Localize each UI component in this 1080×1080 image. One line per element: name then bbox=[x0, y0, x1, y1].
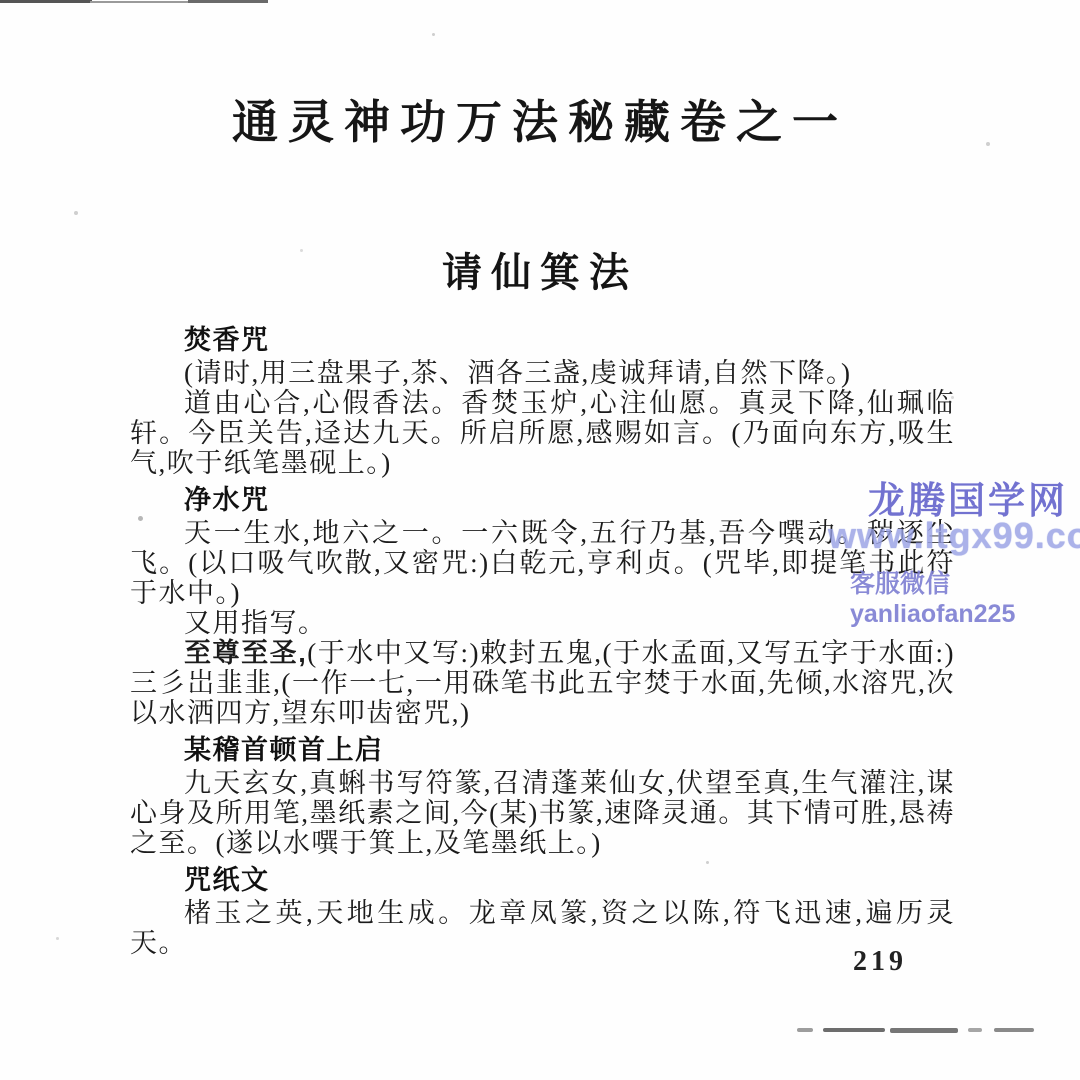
paragraph-bold-lead: 至尊至圣, bbox=[184, 638, 307, 668]
subheading-petition: 某稽首顿首上启 bbox=[130, 735, 955, 765]
section-title: 请仙箕法 bbox=[0, 252, 1080, 294]
scanned-book-page: 通灵神功万法秘藏卷之一 请仙箕法 焚香咒 (请时,用三盘果子,茶、酒各三盏,虔诚… bbox=[0, 0, 1080, 1080]
scan-speck bbox=[56, 937, 59, 940]
scan-speck bbox=[74, 211, 78, 215]
book-title: 通灵神功万法秘藏卷之一 bbox=[0, 0, 1080, 148]
page-number: 219 bbox=[853, 946, 907, 978]
scan-smudge bbox=[968, 1028, 982, 1032]
paragraph: 楮玉之英,天地生成。龙章凤篆,资之以陈,符飞迅速,遍历灵天。 bbox=[130, 898, 955, 958]
scan-smudge bbox=[994, 1028, 1034, 1032]
paragraph: (请时,用三盘果子,茶、酒各三盏,虔诚拜请,自然下降。) bbox=[130, 358, 955, 388]
paragraph: 又用指写。 bbox=[130, 608, 955, 638]
scan-smudge bbox=[823, 1028, 885, 1032]
paragraph: 九天玄女,真蝌书写符篆,召清蓬莱仙女,伏望至真,生气灌注,谋心身及所用笔,墨纸素… bbox=[130, 768, 955, 858]
subheading-incense-mantra: 焚香咒 bbox=[130, 325, 955, 355]
paragraph: 道由心合,心假香法。香焚玉炉,心注仙愿。真灵下降,仙珮临轩。今臣关告,迳达九天。… bbox=[130, 388, 955, 478]
paragraph: 天一生水,地六之一。一六既令,五行乃基,吾今噀动。秽逐尘飞。(以口吸气吹散,又密… bbox=[130, 518, 955, 608]
scan-smudge bbox=[797, 1028, 813, 1032]
subheading-water-mantra: 净水咒 bbox=[130, 485, 955, 515]
paragraph: 至尊至圣,(于水中又写:)敕封五鬼,(于水孟面,又写五字于水面:)三彡岀韭韭,(… bbox=[130, 638, 955, 728]
body-text: 焚香咒 (请时,用三盘果子,茶、酒各三盏,虔诚拜请,自然下降。) 道由心合,心假… bbox=[130, 325, 955, 958]
scan-smudge bbox=[890, 1028, 958, 1033]
subheading-paper-mantra: 咒纸文 bbox=[130, 865, 955, 895]
